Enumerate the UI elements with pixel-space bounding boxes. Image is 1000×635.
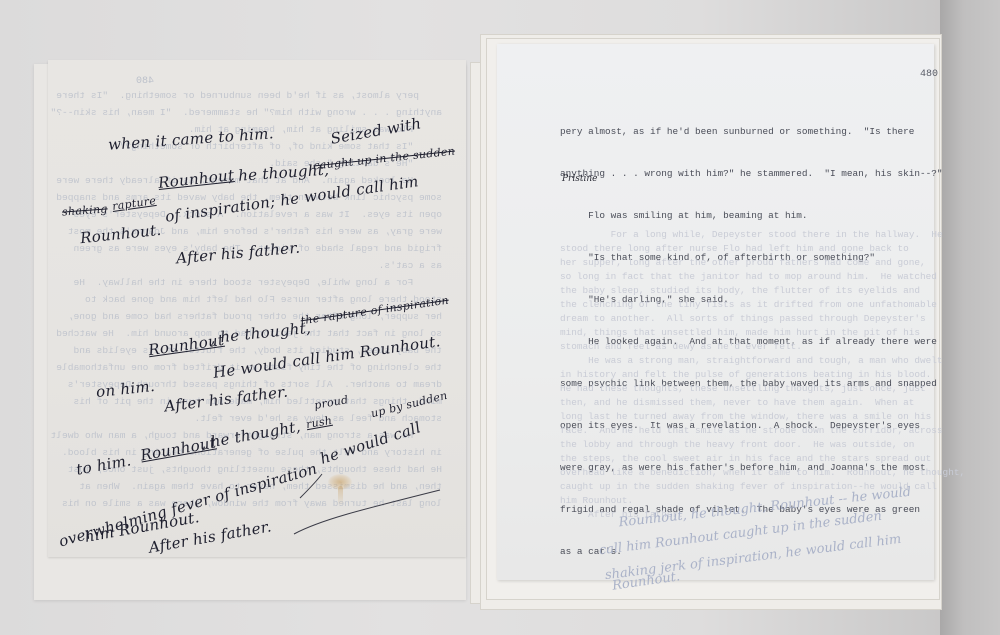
faded-line: the lobby and through the heavy front do… <box>560 439 914 450</box>
faded-line: stomach and feel as dewy as he'd ever fe… <box>560 341 802 352</box>
faded-line: then, and he dismissed them, never to ha… <box>560 397 914 408</box>
faded-line: the steps, the cool sweet air in his fac… <box>560 453 931 464</box>
faded-line: overhead like a benediction, when it cam… <box>560 467 965 478</box>
faded-line: dream to another. All sorts of things pa… <box>560 313 926 324</box>
faded-line: her supper, long after the other proud f… <box>560 257 926 268</box>
faded-line: the baby sleep, studied its body, the fl… <box>560 285 920 296</box>
faded-line: stood there long after nurse Flo had lef… <box>560 243 909 254</box>
faded-line: For a long while, Depeyster stood there … <box>583 229 943 240</box>
faded-line: He had these thoughts, these unsettling … <box>560 383 926 394</box>
stray-pen-stroke <box>290 470 450 540</box>
page-number: 480 <box>920 69 938 80</box>
table-shadow <box>940 0 1000 635</box>
faded-line: He was a strong man, straightforward and… <box>560 355 943 366</box>
faded-line: long last he turned away from the window… <box>560 411 931 422</box>
margin-insert-handwriting: Pristine <box>562 174 597 184</box>
faded-line: in history and felt the pulse of generat… <box>560 369 931 380</box>
faded-line: face. And he held that smile as he strod… <box>560 425 943 436</box>
faded-line: him Rounhout. <box>560 495 633 506</box>
typed-line: anything . . . wrong with him?" he stamm… <box>560 167 940 181</box>
faded-line: so long in fact that the janitor had to … <box>560 271 937 282</box>
faded-line: the clenching of the tiny fists as it dr… <box>560 299 937 310</box>
faded-line: mind, things that unsettled him, made hi… <box>560 327 920 338</box>
manuscript-photo: 480 pery almost, as if he'd been sunburn… <box>0 0 1000 635</box>
typed-line: pery almost, as if he'd been sunburned o… <box>560 125 940 139</box>
